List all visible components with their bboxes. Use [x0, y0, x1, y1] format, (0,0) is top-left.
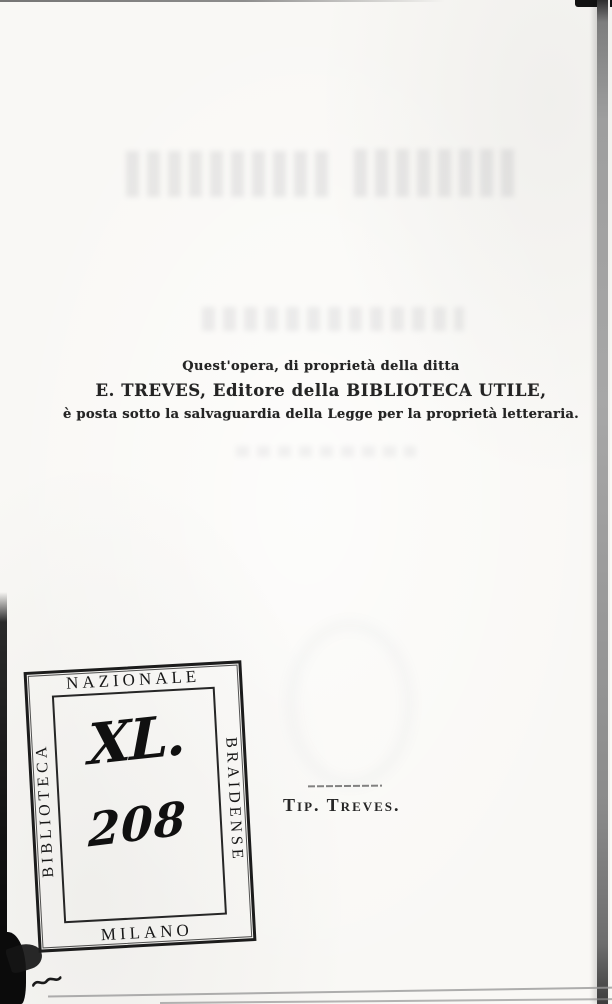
stamp-inner-border: XL. 208 — [52, 687, 227, 923]
scanned-book-page: Quest'opera, di proprietà della ditta E.… — [0, 0, 612, 1004]
stamp-word-right: BRAIDENSE — [221, 737, 246, 864]
pen-mark — [31, 972, 63, 994]
showthrough-title-right — [354, 149, 522, 197]
printer-imprint: Tip. Treves. — [283, 795, 401, 816]
notice-line-2: E. TREVES, Editore della BIBLIOTECA UTIL… — [28, 381, 612, 400]
notice-line-3: è posta sotto la salvaguardia della Legg… — [28, 407, 612, 422]
imprint-rule — [308, 785, 382, 788]
showthrough-smudge — [236, 446, 416, 457]
showthrough-title-left — [126, 151, 332, 197]
bottom-page-edge-line — [48, 987, 612, 998]
showthrough-round-stamp — [288, 622, 412, 786]
top-scan-edge — [0, 0, 445, 2]
shelfmark-number: 208 — [55, 787, 220, 862]
notice-line-1: Quest'opera, di proprietà della ditta — [28, 359, 612, 374]
bottom-page-edge-line-2 — [160, 998, 612, 1004]
showthrough-subtitle — [202, 307, 464, 331]
stamp-word-left: BIBLIOTECA — [33, 742, 58, 878]
right-page-gutter-shadow — [597, 0, 608, 1004]
copyright-notice: Quest'opera, di proprietà della ditta E.… — [28, 359, 612, 422]
library-stamp: XL. 208 NAZIONALE MILANO BIBLIOTECA BRAI… — [24, 660, 257, 952]
shelfmark-class: XL. — [57, 698, 215, 781]
